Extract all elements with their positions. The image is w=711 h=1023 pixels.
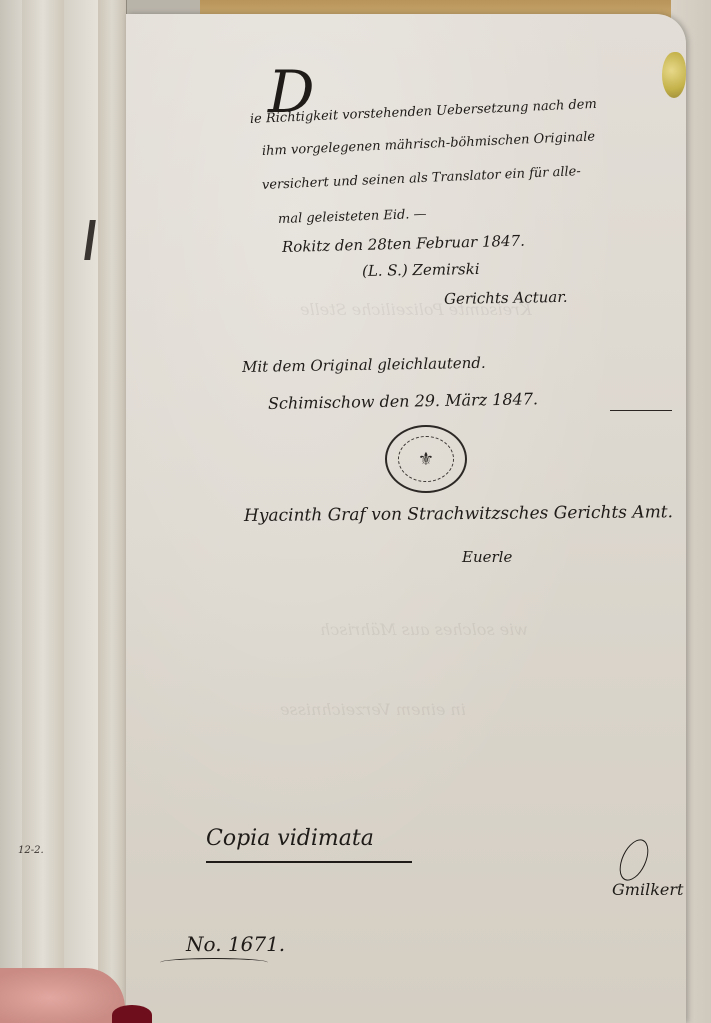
seal-signature: (L. S.) Zemirski	[362, 260, 480, 280]
page-stack-edge	[22, 0, 65, 1023]
signer-title: Gerichts Actuar.	[444, 288, 568, 308]
number-flourish	[160, 958, 268, 967]
wax-seal-icon	[662, 52, 686, 98]
coat-of-arms-icon: ⚜	[398, 436, 454, 482]
margin-note: 12-2.	[18, 845, 44, 856]
holding-finger	[0, 968, 125, 1023]
copy-label-underline	[206, 861, 412, 863]
lower-right-signature: Gmilkert	[612, 880, 683, 899]
copy-label: Copia vidimata	[206, 826, 374, 851]
issuing-office: Hyacinth Graf von Strachwitzsches Gerich…	[244, 502, 673, 526]
bleed-through-text: in einem Verzeichnisse	[280, 700, 466, 719]
page-stack-edge	[98, 0, 127, 1023]
page-stack-edge	[0, 0, 23, 1023]
office-signature: Euerle	[462, 548, 512, 566]
bleed-through-text: wie solches aus Mährisch	[320, 620, 528, 639]
flourish-underline	[610, 410, 672, 411]
official-stamp: ⚜	[385, 425, 467, 493]
document-number: No. 1671.	[186, 932, 285, 956]
page-stack-edge	[64, 0, 99, 1023]
fingernail	[112, 1005, 152, 1023]
